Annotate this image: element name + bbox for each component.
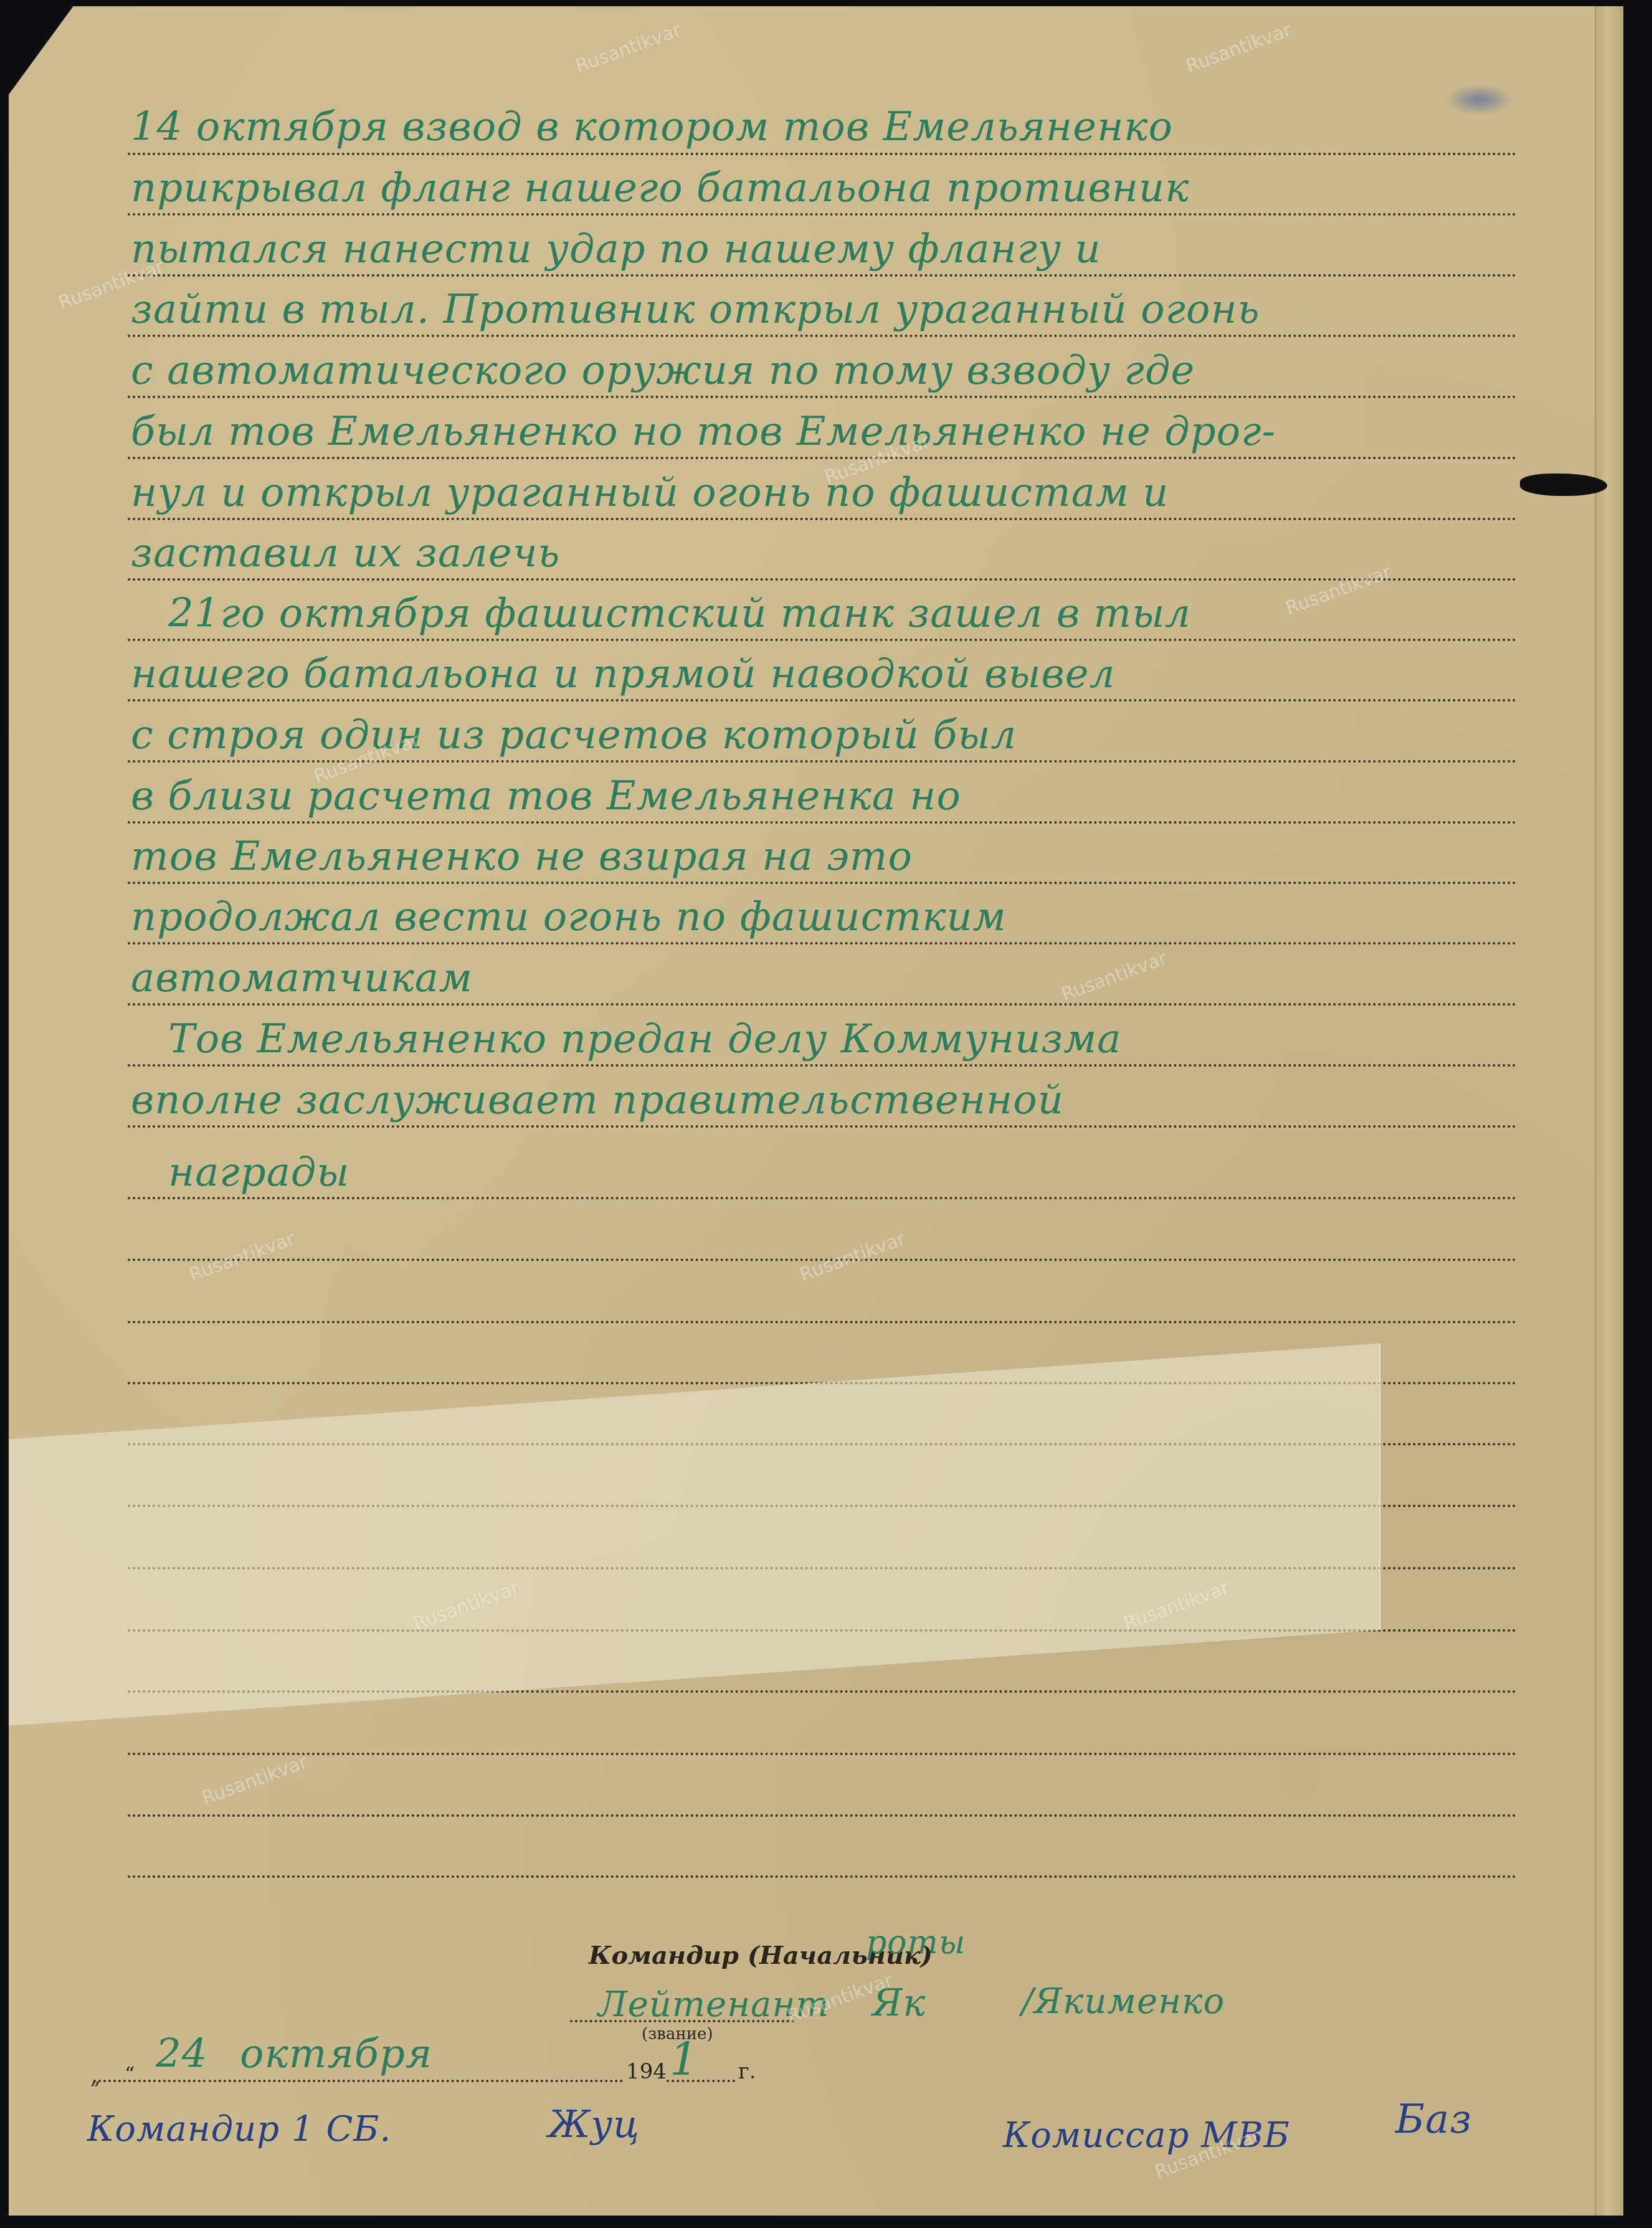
rule-line [128,274,1517,277]
body-line: заставил их залечь [131,533,560,573]
battalion-commander-label: Командир 1 СБ. [87,2112,391,2147]
rule-line [128,882,1517,884]
rule-line [128,639,1517,641]
rule-line [128,1125,1517,1128]
rule-line [128,1321,1517,1323]
body-line: в близи расчета тов Емельяненка но [131,776,961,816]
year-prefix: 194 [626,2059,667,2084]
date-open-quote: „ [90,2065,101,2089]
rank-underline [570,2020,794,2022]
body-line: автоматчикам [131,958,473,998]
month-underline [209,2080,623,2082]
rule-line [128,578,1517,581]
body-line: награды [168,1153,349,1193]
body-line: с строя один из расчетов который был [131,715,1017,755]
year-underline [667,2080,735,2082]
commissar-signature: Баз [1395,2100,1472,2140]
battalion-commander-signature: Жуц [548,2106,640,2143]
rule-line [128,153,1517,155]
body-line: зайти в тыл. Противник открыл ураганный … [131,290,1260,330]
date-close-quote: “ [125,2062,135,2086]
date-month: октября [240,2034,432,2074]
body-line: с автоматического оружия по тому взводу … [131,351,1195,391]
ink-smudge [1445,84,1514,115]
body-line: нул и открыл ураганный огонь по фашистам… [131,473,1169,513]
page-fold-edge [1595,6,1623,2216]
rule-line [128,1875,1517,1878]
rule-line [128,942,1517,945]
ink-blot [1520,474,1607,496]
rule-line [128,1003,1517,1006]
rule-line [128,821,1517,824]
body-line: продолжал вести огонь по фашистким [131,897,1007,937]
date-day: 24 [156,2034,207,2074]
year-unit: г. [738,2059,756,2084]
body-line: прикрывал фланг нашего батальона противн… [131,168,1189,208]
body-line: вполне заслуживает правительственной [131,1080,1064,1120]
unit-handwritten: роты [866,1926,966,1959]
rule-line [128,335,1517,337]
rule-line [128,457,1517,459]
rule-line [128,1197,1517,1199]
rule-line [128,518,1517,520]
body-line: нашего батальона и прямой наводкой вывел [131,654,1115,694]
rule-line [128,213,1517,216]
body-line: был тов Емельяненко но тов Емельяненко н… [131,412,1276,452]
body-line: Тов Емельяненко предан делу Коммунизма [168,1019,1121,1059]
rule-line [128,1814,1517,1817]
rule-line [128,1064,1517,1067]
rule-line [128,699,1517,702]
body-line: 14 октября взвод в котором тов Емельянен… [131,107,1173,147]
year-suffix: 1 [670,2037,699,2082]
rule-line [128,396,1517,398]
day-underline [93,2080,206,2082]
body-line: 21го октября фашистский танк зашел в тыл [168,594,1191,634]
commander-name: /Якименко [1022,1984,1225,2019]
rule-line [128,1753,1517,1755]
body-line: пытался нанести удар по нашему флангу и [131,229,1101,269]
body-line: тов Емельяненко не взирая на это [131,837,913,877]
